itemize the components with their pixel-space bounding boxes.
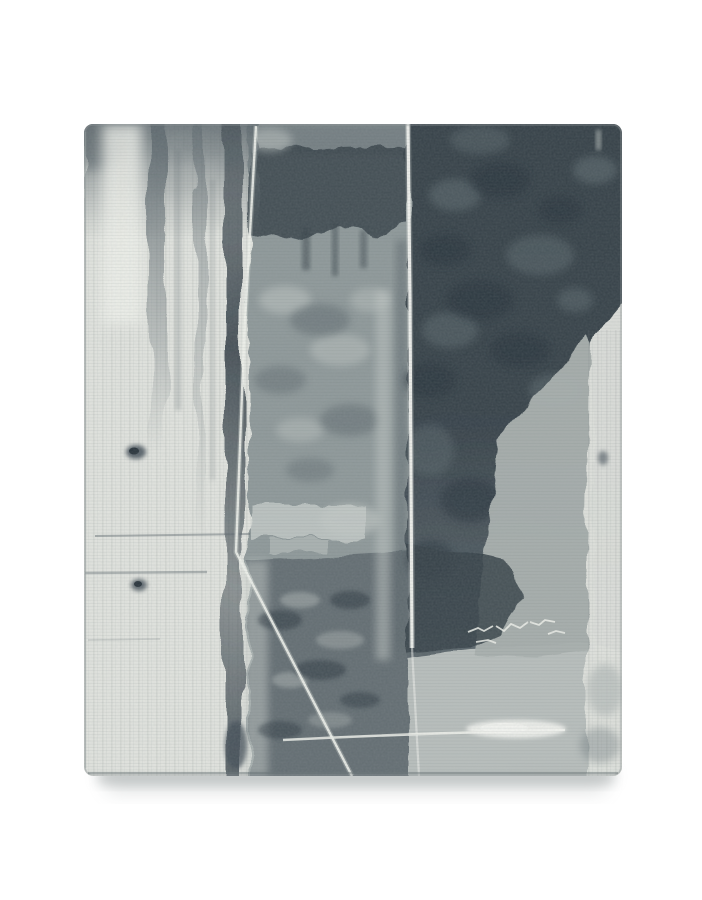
photo-canvas: abstract area rug — [0, 0, 702, 900]
rug-artwork — [58, 110, 630, 786]
grain-texture — [84, 124, 622, 776]
rug-product-photo: abstract area rug — [0, 0, 702, 900]
rug-illustration — [0, 0, 702, 900]
